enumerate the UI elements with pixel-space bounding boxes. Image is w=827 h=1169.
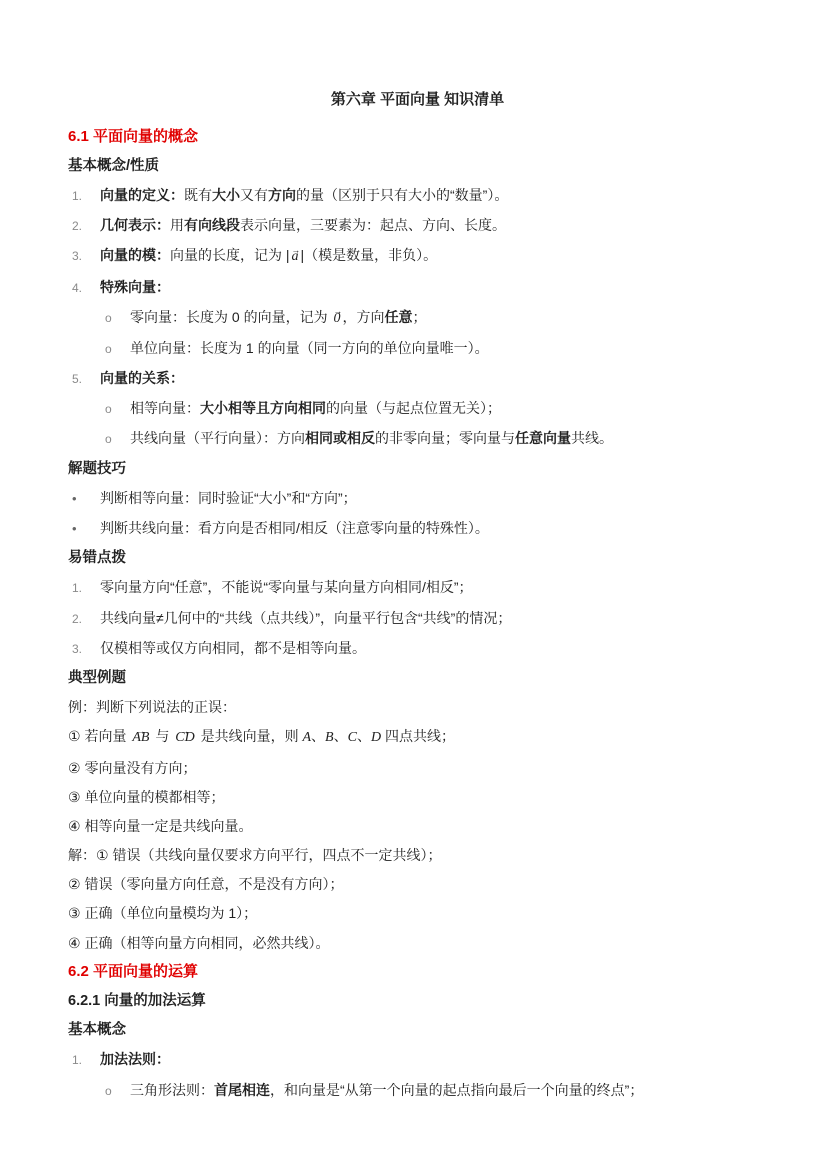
subsection-heading-typical-example: 典型例题 [68,663,767,692]
text-segment: 大小相等且方向相同 [200,400,326,416]
line-text: 零向量：长度为 0 的向量，记为 0，方向任意； [130,308,767,328]
text-segment: ③ 正确（单位向量模均为 1）； [68,905,257,921]
line-text: 零向量方向“任意”，不能说“零向量与某向量方向相同/相反”； [100,578,767,596]
line-text: 解：① 错误（共线向量仅要求方向平行，四点不一定共线）； [68,846,767,864]
section-heading-6-2: 6.2 平面向量的运算 [68,957,767,986]
bullet-item: •判断相等向量：同时验证“大小”和“方向”； [68,483,767,513]
line-text: ③ 正确（单位向量模均为 1）； [68,904,767,922]
text-segment: 共线向量≠几何中的“共线（点共线）”，向量平行包含“共线”的情况； [100,610,511,626]
text-segment: ② 零向量没有方向； [68,760,196,776]
line-text: 易错点拨 [68,549,767,567]
text-segment: ④ 相等向量一定是共线向量。 [68,818,252,834]
paragraph: ④ 相等向量一定是共线向量。 [68,811,767,840]
text-segment: 首尾相连 [214,1082,270,1098]
line-text: ④ 相等向量一定是共线向量。 [68,817,767,835]
line-text: 典型例题 [68,669,767,687]
text-segment: 表示向量，三要素为：起点、方向、长度。 [240,217,506,233]
line-text: 向量的关系： [100,369,767,387]
text-segment: 6.1 平面向量的概念 [68,128,198,145]
text-segment: B [325,730,334,745]
text-segment: 又有 [240,187,268,203]
line-text: 解题技巧 [68,460,767,478]
circle-bullet-icon: o [105,1082,130,1100]
vector-symbol: AB [132,729,149,747]
text-segment: 任意 [384,309,412,325]
paragraph: ③ 正确（单位向量模均为 1）； [68,899,767,928]
line-text: 判断相等向量：同时验证“大小”和“方向”； [100,489,767,507]
text-segment: ① 若向量 [68,728,130,744]
list-number: 1. [72,1051,100,1069]
list-number: 2. [72,610,100,628]
text-segment: A [302,730,311,745]
line-text: ③ 单位向量的模都相等； [68,788,767,806]
text-segment: 零向量方向“任意”，不能说“零向量与某向量方向相同/相反”； [100,579,473,595]
circle-bullet-icon: o [105,400,130,418]
document-page: 第六章 平面向量 知识清单 6.1 平面向量的概念基本概念/性质1.向量的定义：… [0,0,827,1169]
line-text: ② 零向量没有方向； [68,759,767,777]
text-segment: 四点共线； [381,728,455,744]
line-text: 共线向量（平行向量）：方向相同或相反的非零向量；零向量与任意向量共线。 [130,429,767,447]
text-segment: 、 [357,728,371,744]
sub-bullet-item: o共线向量（平行向量）：方向相同或相反的非零向量；零向量与任意向量共线。 [68,424,767,454]
line-text: 相等向量：大小相等且方向相同的向量（与起点位置无关）； [130,399,767,417]
text-segment: ③ 单位向量的模都相等； [68,789,224,805]
line-text: 特殊向量： [100,278,767,296]
list-number: 4. [72,279,100,297]
line-text: 6.2 平面向量的运算 [68,963,767,981]
line-text: 向量的模：向量的长度，记为 |a|（模是数量，非负）。 [100,246,767,266]
line-text: 基本概念/性质 [68,157,767,175]
text-segment: 基本概念/性质 [68,158,159,174]
text-segment: 解题技巧 [68,461,126,477]
text-segment: 向量的模： [100,247,170,263]
subsection-heading-basic-concepts-2: 基本概念 [68,1016,767,1045]
text-segment: 既有 [184,187,212,203]
line-text: 加法法则： [100,1050,767,1068]
text-segment: 任意向量 [515,430,571,446]
list-number: 1. [72,579,100,597]
text-segment: ，方向 [342,309,384,325]
line-text: 共线向量≠几何中的“共线（点共线）”，向量平行包含“共线”的情况； [100,609,767,627]
text-segment: 的非零向量；零向量与 [375,430,515,446]
line-text: 三角形法则：首尾相连，和向量是“从第一个向量的起点指向最后一个向量的终点”； [130,1081,767,1099]
line-text: 判断共线向量：看方向是否相同/相反（注意零向量的特殊性）。 [100,519,767,537]
paragraph: ④ 正确（相等向量方向相同，必然共线）。 [68,928,767,957]
numbered-item: 1.向量的定义：既有大小又有方向的量（区别于只有大小的“数量”）。 [68,180,767,210]
paragraph: ② 零向量没有方向； [68,753,767,782]
paragraph: 例：判断下列说法的正误： [68,693,767,722]
text-segment: 向量的关系： [100,370,184,386]
text-segment: ② 错误（零向量方向任意，不是没有方向）； [68,876,343,892]
text-segment: 几何表示： [100,217,170,233]
sub-bullet-item: o相等向量：大小相等且方向相同的向量（与起点位置无关）； [68,394,767,424]
line-text: 例：判断下列说法的正误： [68,698,767,716]
text-segment: 例：判断下列说法的正误： [68,699,236,715]
list-number: 3. [72,247,100,265]
text-segment: 、 [334,728,348,744]
subsection-heading-6-2-1: 6.2.1 向量的加法运算 [68,986,767,1015]
text-segment: C [348,730,357,745]
text-segment: 易错点拨 [68,550,126,566]
paragraph: 解：① 错误（共线向量仅要求方向平行，四点不一定共线）； [68,841,767,870]
text-segment: 基本概念 [68,1022,126,1038]
text-segment: 的量（区别于只有大小的“数量”）。 [296,187,508,203]
text-segment: 方向 [268,187,296,203]
circle-bullet-icon: o [105,340,130,358]
text-segment: 相同或相反 [305,430,375,446]
text-segment: 解：① 错误（共线向量仅要求方向平行，四点不一定共线）； [68,847,441,863]
text-segment: 判断共线向量：看方向是否相同/相反（注意零向量的特殊性）。 [100,520,489,536]
line-text: 向量的定义：既有大小又有方向的量（区别于只有大小的“数量”）。 [100,186,767,204]
sub-bullet-item: o三角形法则：首尾相连，和向量是“从第一个向量的起点指向最后一个向量的终点”； [68,1075,767,1105]
text-segment: 向量的长度，记为 | [170,247,290,263]
text-segment: 相等向量： [130,400,200,416]
text-segment: 特殊向量： [100,279,170,295]
text-segment: 加法法则： [100,1051,170,1067]
bullet-icon: • [72,520,100,538]
line-text: ① 若向量 AB 与 CD 是共线向量，则 A、B、C、D 四点共线； [68,727,767,747]
text-segment: 单位向量：长度为 1 的向量（同一方向的单位向量唯一）。 [130,340,489,356]
subsection-heading-basic-concepts: 基本概念/性质 [68,151,767,180]
numbered-item: 2.共线向量≠几何中的“共线（点共线）”，向量平行包含“共线”的情况； [68,603,767,633]
list-number: 5. [72,370,100,388]
text-segment: 的向量（与起点位置无关）； [326,400,501,416]
text-segment: |（模是数量，非负）。 [301,247,438,263]
numbered-item: 3.向量的模：向量的长度，记为 |a|（模是数量，非负）。 [68,241,767,272]
paragraph: ① 若向量 AB 与 CD 是共线向量，则 A、B、C、D 四点共线； [68,722,767,753]
text-segment: 典型例题 [68,670,126,686]
text-segment: 仅模相等或仅方向相同，都不是相等向量。 [100,640,366,656]
vector-symbol: 0 [333,310,340,328]
text-segment: 三角形法则： [130,1082,214,1098]
text-segment: 有向线段 [184,217,240,233]
numbered-item: 1.零向量方向“任意”，不能说“零向量与某向量方向相同/相反”； [68,573,767,603]
document-title: 第六章 平面向量 知识清单 [68,90,767,110]
vector-symbol: CD [175,729,194,747]
paragraph: ③ 单位向量的模都相等； [68,782,767,811]
numbered-item: 3.仅模相等或仅方向相同，都不是相等向量。 [68,633,767,663]
text-segment: 共线向量（平行向量）：方向 [130,430,305,446]
line-text: 6.1 平面向量的概念 [68,128,767,146]
text-segment: ； [412,309,426,325]
text-segment: 共线。 [571,430,613,446]
circle-bullet-icon: o [105,309,130,327]
text-segment: 用 [170,217,184,233]
list-number: 2. [72,217,100,235]
text-segment: 、 [311,728,325,744]
line-text: 几何表示：用有向线段表示向量，三要素为：起点、方向、长度。 [100,216,767,234]
sub-bullet-item: o零向量：长度为 0 的向量，记为 0，方向任意； [68,302,767,333]
line-text: 单位向量：长度为 1 的向量（同一方向的单位向量唯一）。 [130,339,767,357]
numbered-item: 5.向量的关系： [68,364,767,394]
text-segment: ，和向量是“从第一个向量的起点指向最后一个向量的终点”； [270,1082,643,1098]
text-segment: 向量的定义： [100,187,184,203]
line-text: 6.2.1 向量的加法运算 [68,992,767,1010]
subsection-heading-solving-tips: 解题技巧 [68,454,767,483]
sub-bullet-item: o单位向量：长度为 1 的向量（同一方向的单位向量唯一）。 [68,333,767,363]
line-text: ② 错误（零向量方向任意，不是没有方向）； [68,875,767,893]
text-segment: 大小 [212,187,240,203]
text-segment: 零向量：长度为 0 的向量，记为 [130,309,331,325]
subsection-heading-common-mistakes: 易错点拨 [68,544,767,573]
numbered-item: 4.特殊向量： [68,272,767,302]
numbered-item: 1.加法法则： [68,1045,767,1075]
list-number: 3. [72,640,100,658]
bullet-icon: • [72,490,100,508]
line-text: 仅模相等或仅方向相同，都不是相等向量。 [100,639,767,657]
line-text: ④ 正确（相等向量方向相同，必然共线）。 [68,934,767,952]
paragraph: ② 错误（零向量方向任意，不是没有方向）； [68,870,767,899]
text-segment: 是共线向量，则 [197,728,303,744]
text-segment: 6.2.1 向量的加法运算 [68,993,206,1009]
text-segment: 判断相等向量：同时验证“大小”和“方向”； [100,490,357,506]
bullet-item: •判断共线向量：看方向是否相同/相反（注意零向量的特殊性）。 [68,513,767,543]
document-body: 6.1 平面向量的概念基本概念/性质1.向量的定义：既有大小又有方向的量（区别于… [68,122,767,1105]
text-segment: 6.2 平面向量的运算 [68,963,198,980]
vector-symbol: a [292,248,299,266]
text-segment: D [371,730,381,745]
list-number: 1. [72,187,100,205]
line-text: 基本概念 [68,1021,767,1039]
section-heading-6-1: 6.1 平面向量的概念 [68,122,767,151]
text-segment: 与 [151,728,173,744]
numbered-item: 2.几何表示：用有向线段表示向量，三要素为：起点、方向、长度。 [68,211,767,241]
circle-bullet-icon: o [105,430,130,448]
text-segment: ④ 正确（相等向量方向相同，必然共线）。 [68,935,329,951]
